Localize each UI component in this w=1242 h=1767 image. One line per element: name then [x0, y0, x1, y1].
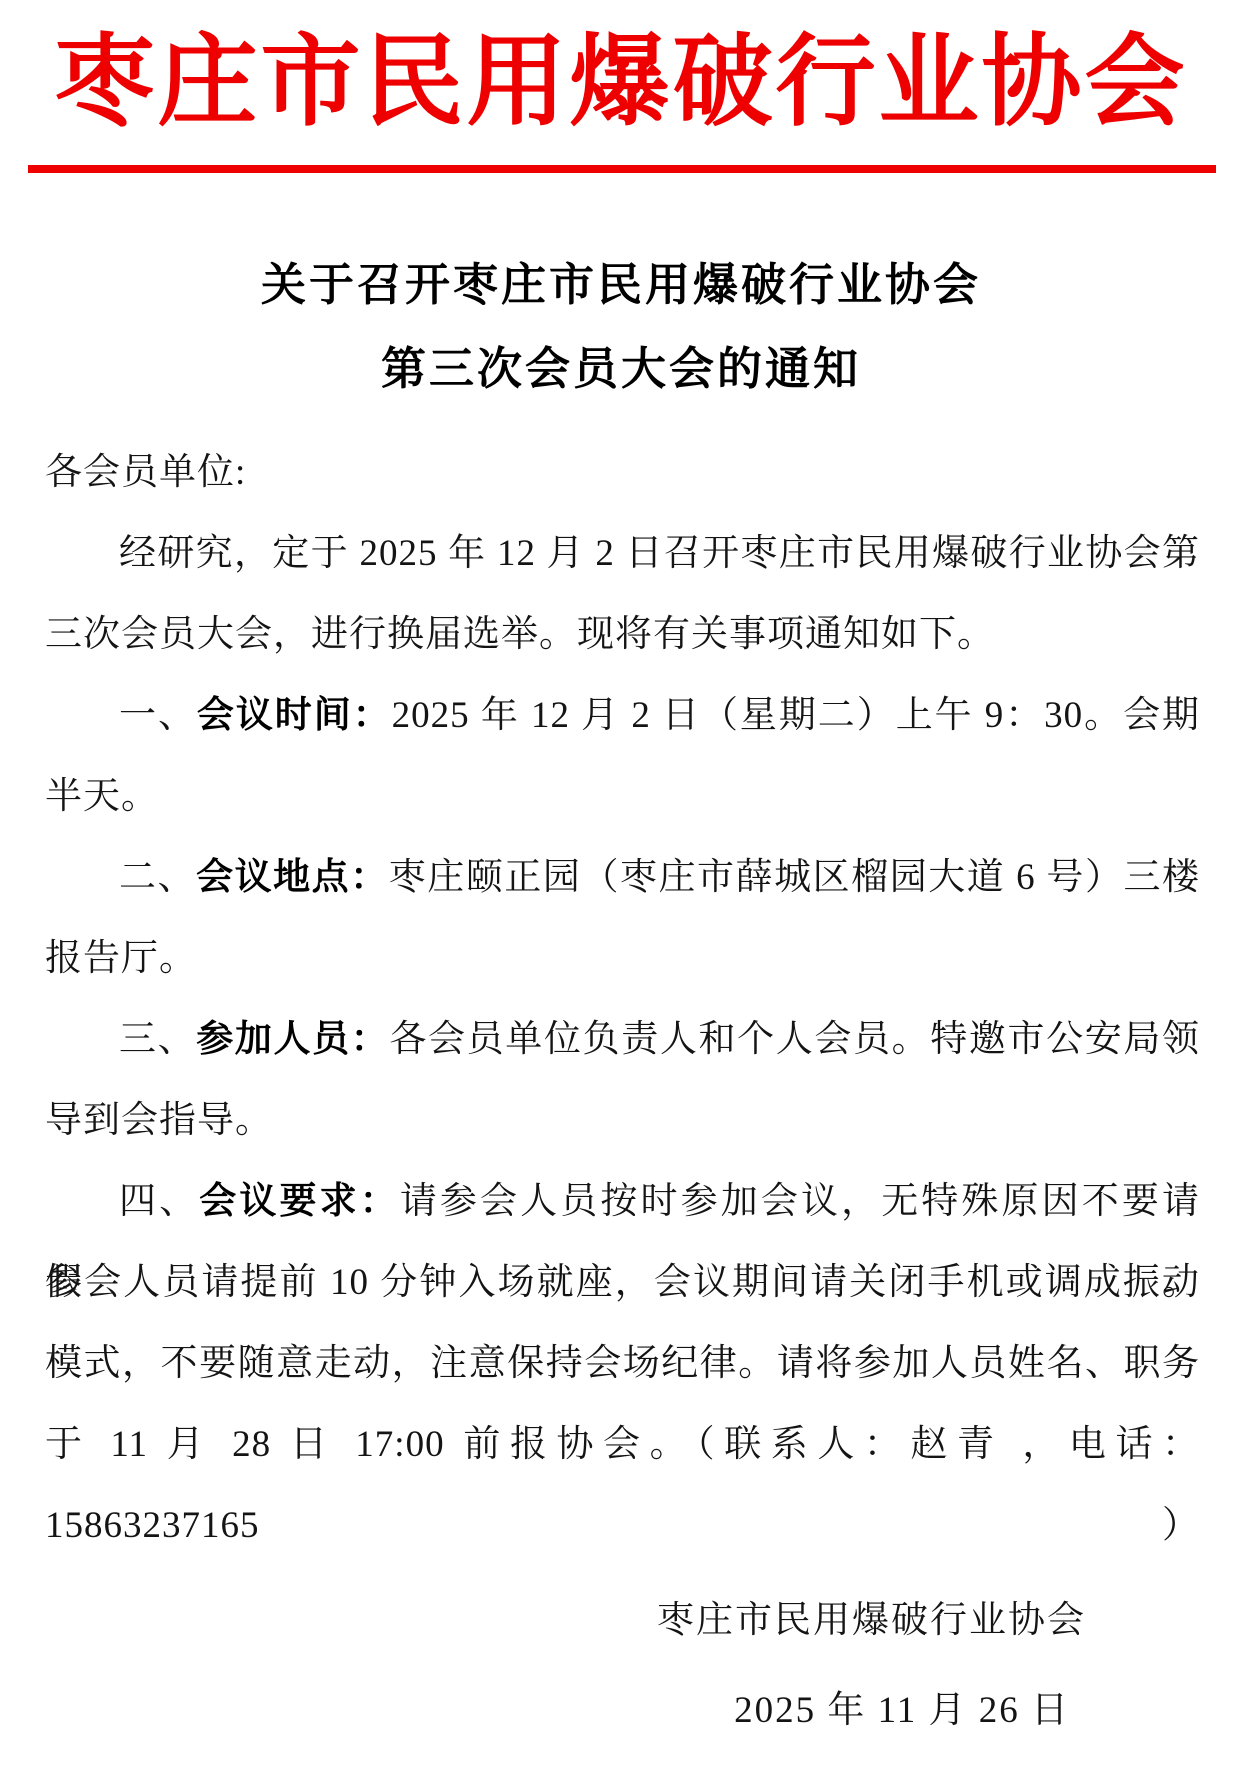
body-line-text-segment: 2025 年 12 月 2 日（星期二）上午 9：30。会期 — [392, 695, 1200, 736]
body-line-text-segment: 导到会指导。 — [45, 1100, 273, 1141]
body-line-text-segment: 模式，不要随意走动，注意保持会场纪律。请将参加人员姓名、职务 — [45, 1343, 1200, 1384]
body-line-text-segment: 经研究，定于 2025 年 12 月 2 日召开枣庄市民用爆破行业协会第 — [119, 533, 1200, 574]
body-line: 导到会指导。 — [45, 1080, 1200, 1161]
letterhead-org-name: 枣庄市民用爆破行业协会 — [0, 8, 1242, 158]
body-line-heading-segment: 会议地点： — [196, 857, 389, 898]
document-title-line1: 关于召开枣庄市民用爆破行业协会 — [0, 243, 1242, 327]
signature-org-name: 枣庄市民用爆破行业协会 — [657, 1589, 1086, 1643]
body-line-text-segment: 二、 — [119, 857, 196, 898]
signature-date: 2025 年 11 月 26 日 — [734, 1679, 1070, 1733]
document-title: 关于召开枣庄市民用爆破行业协会 第三次会员大会的通知 — [0, 243, 1242, 411]
body-line-text-segment: 一、 — [119, 695, 197, 736]
body-line-text-segment: 三次会员大会，进行换届选举。现将有关事项通知如下。 — [45, 614, 995, 655]
body-line: 于 11 月 28 日 17:00 前报协会。（联系人：赵青 ，电话：15863… — [45, 1404, 1200, 1485]
letterhead-divider-rule — [28, 165, 1216, 173]
body-line: 报告厅。 — [45, 918, 1200, 999]
body-line-text-segment: 枣庄颐正园（枣庄市薛城区榴园大道 6 号）三楼 — [389, 857, 1200, 898]
body-line: 四、会议要求：请参会人员按时参加会议，无特殊原因不要请假。 — [45, 1161, 1200, 1242]
body-line: 一、会议时间：2025 年 12 月 2 日（星期二）上午 9：30。会期 — [45, 675, 1200, 756]
body-line: 半天。 — [45, 756, 1200, 837]
document-body: 各会员单位:经研究，定于 2025 年 12 月 2 日召开枣庄市民用爆破行业协… — [45, 432, 1200, 1485]
body-line-text-segment: 半天。 — [45, 776, 159, 817]
body-line-heading-segment: 参加人员： — [196, 1019, 389, 1060]
body-line: 二、会议地点：枣庄颐正园（枣庄市薛城区榴园大道 6 号）三楼 — [45, 837, 1200, 918]
body-line: 各会员单位: — [45, 432, 1200, 513]
body-line-text-segment: 三、 — [119, 1019, 196, 1060]
body-line: 三次会员大会，进行换届选举。现将有关事项通知如下。 — [45, 594, 1200, 675]
body-line: 经研究，定于 2025 年 12 月 2 日召开枣庄市民用爆破行业协会第 — [45, 513, 1200, 594]
body-line-text-segment: 于 11 月 28 日 17:00 前报协会。（联系人：赵青 ，电话：15863… — [45, 1424, 1200, 1546]
body-line-heading-segment: 会议时间： — [197, 695, 392, 736]
body-line: 三、参加人员：各会员单位负责人和个人会员。特邀市公安局领 — [45, 999, 1200, 1080]
body-line: 模式，不要随意走动，注意保持会场纪律。请将参加人员姓名、职务 — [45, 1323, 1200, 1404]
body-line-heading-segment: 会议要求： — [199, 1181, 400, 1222]
body-line-text-segment: 报告厅。 — [45, 938, 197, 979]
body-line-text-segment: 各会员单位: — [45, 452, 246, 493]
body-line-text-segment: 四、 — [119, 1181, 199, 1222]
body-line-text-segment: 参会人员请提前 10 分钟入场就座，会议期间请关闭手机或调成振动 — [45, 1262, 1200, 1303]
body-line-text-segment: 各会员单位负责人和个人会员。特邀市公安局领 — [389, 1019, 1200, 1060]
document-title-line2: 第三次会员大会的通知 — [0, 327, 1242, 411]
body-line: 参会人员请提前 10 分钟入场就座，会议期间请关闭手机或调成振动 — [45, 1242, 1200, 1323]
